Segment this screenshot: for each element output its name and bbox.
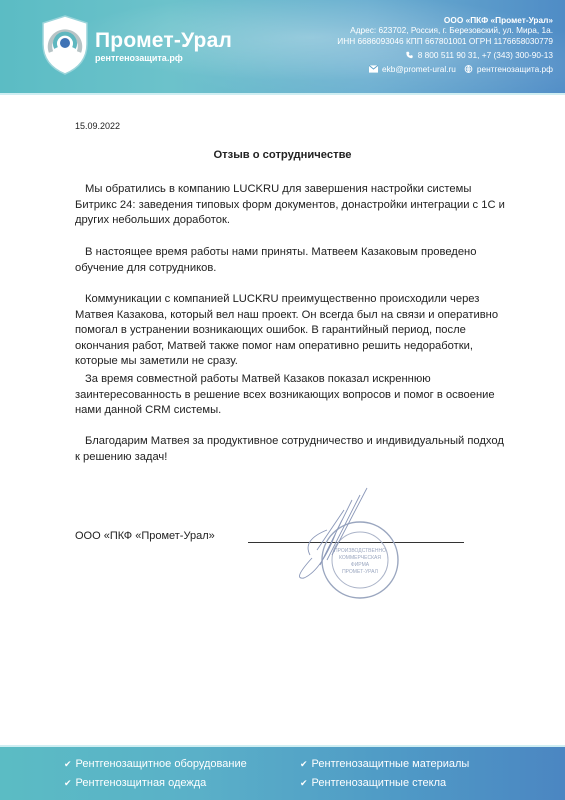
company-details: ООО «ПКФ «Промет-Урал» Адрес: 623702, Ро… <box>337 15 553 74</box>
letter-date: 15.09.2022 <box>75 121 120 131</box>
phone-row: 8 800 511 90 31, +7 (343) 300-90-13 <box>337 50 553 60</box>
svg-text:ПРОИЗВОДСТВЕННО: ПРОИЗВОДСТВЕННО <box>334 548 386 554</box>
paragraph-2: В настоящее время работы нами приняты. М… <box>75 245 505 276</box>
globe-icon <box>464 65 473 73</box>
company-address: Адрес: 623702, Россия, г. Березовский, у… <box>337 25 553 35</box>
footer-item-label: Рентгенозащитное оборудование <box>76 758 247 770</box>
email-web-row: ekb@promet-ural.ru рентгенозащита.рф <box>337 64 553 74</box>
phone-number[interactable]: 8 800 511 90 31, +7 (343) 300-90-13 <box>418 50 553 60</box>
footer-item-materials: ✔ Рентгенозащитные материалы <box>300 758 469 770</box>
check-icon: ✔ <box>64 759 72 770</box>
paragraph-5: Благодарим Матвея за продуктивное сотруд… <box>75 434 505 465</box>
paragraph-1: Мы обратились в компанию LUCKRU для заве… <box>75 182 505 229</box>
footer-item-label: Рентгенозащитные стекла <box>312 777 447 789</box>
check-icon: ✔ <box>300 759 308 770</box>
signatory-org: ООО «ПКФ «Промет-Урал» <box>75 530 215 542</box>
letterhead-header: Промет-Урал рентгенозащита.рф ООО «ПКФ «… <box>0 0 565 93</box>
svg-text:КОММЕРЧЕСКАЯ: КОММЕРЧЕСКАЯ <box>339 555 381 561</box>
check-icon: ✔ <box>300 778 308 789</box>
footer-item-glass: ✔ Рентгенозащитные стекла <box>300 777 446 789</box>
shield-logo-icon <box>40 14 90 76</box>
svg-text:ПРОМЕТ-УРАЛ: ПРОМЕТ-УРАЛ <box>342 569 378 575</box>
paragraph-3: Коммуникации с компанией LUCKRU преимуще… <box>75 292 505 370</box>
stamp-signature-icon: ПРОИЗВОДСТВЕННО КОММЕРЧЕСКАЯ ФИРМА ПРОМЕ… <box>282 480 412 605</box>
brand-name: Промет-Урал <box>95 30 232 52</box>
footer-item-clothing: ✔ Рентгенозщитная одежда <box>64 777 206 789</box>
paragraph-4: За время совместной работы Матвей Казако… <box>75 372 505 419</box>
check-icon: ✔ <box>64 778 72 789</box>
brand-site: рентгенозащита.рф <box>95 53 232 64</box>
letterhead-footer: ✔ Рентгенозащитное оборудование ✔ Рентге… <box>0 747 565 800</box>
website-link[interactable]: рентгенозащита.рф <box>477 64 553 74</box>
letter-title: Отзыв о сотрудничестве <box>0 149 565 161</box>
mail-icon <box>369 65 378 73</box>
phone-icon <box>405 51 414 59</box>
footer-item-label: Рентгенозщитная одежда <box>76 777 207 789</box>
brand: Промет-Урал рентгенозащита.рф <box>95 30 232 64</box>
company-registration: ИНН 6686093046 КПП 667801001 ОГРН 117665… <box>337 36 553 46</box>
footer-item-label: Рентгенозащитные материалы <box>312 758 470 770</box>
svg-text:ФИРМА: ФИРМА <box>351 562 370 568</box>
company-name: ООО «ПКФ «Промет-Урал» <box>337 15 553 25</box>
footer-item-equipment: ✔ Рентгенозащитное оборудование <box>64 758 247 770</box>
header-divider <box>0 93 565 95</box>
email-link[interactable]: ekb@promet-ural.ru <box>382 64 456 74</box>
